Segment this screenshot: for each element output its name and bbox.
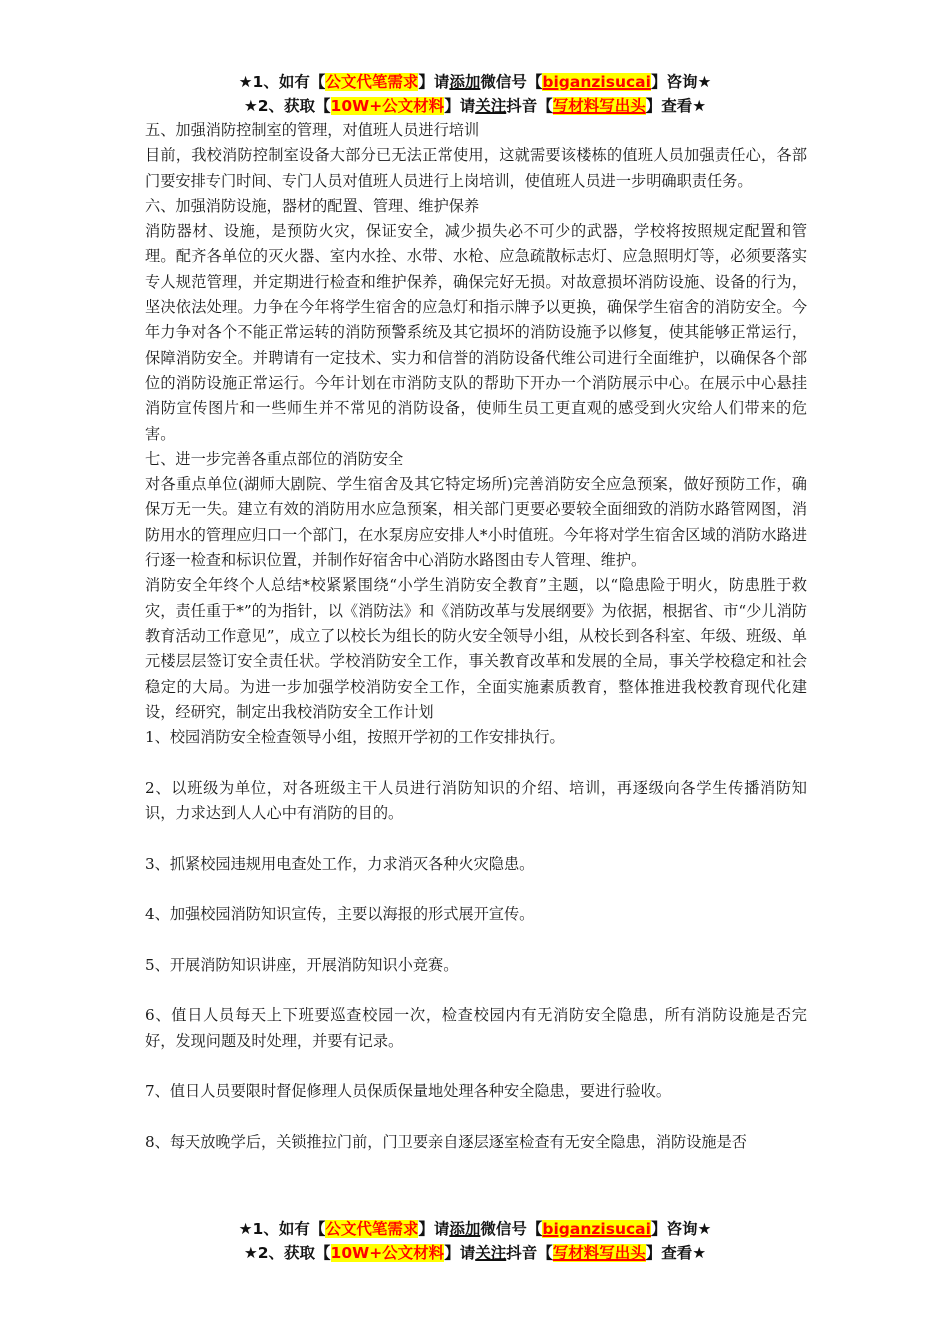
list-item: 3、抓紧校园违规用电查处工作，力求消灭各种火灾隐患。 <box>145 852 807 877</box>
promo-text: 】咨询★ <box>651 1220 711 1238</box>
promo-text: ★2、获取【 <box>244 97 331 115</box>
promo-douyin-name: 写材料写出头 <box>553 97 646 115</box>
promo-wechat-id: biganzisucai <box>542 1220 651 1238</box>
promo-underlined: 添加 <box>449 1220 480 1238</box>
paragraph: 消防器材、设施，是预防火灾，保证安全，减少损失必不可少的武器，学校将按照规定配置… <box>145 219 807 447</box>
promo-douyin-name: 写材料写出头 <box>553 1244 646 1262</box>
paragraph: 消防安全年终个人总结*校紧紧围绕“小学生消防安全教育”主题，以“隐患险于明火，防… <box>145 573 807 725</box>
promo-underlined: 关注 <box>475 97 506 115</box>
promo-line-2: ★2、获取【10W+公文材料】请关注抖音【写材料写出头】查看★ <box>0 94 950 118</box>
promo-text: 】请 <box>418 1220 449 1238</box>
promo-text: 微信号【 <box>480 1220 542 1238</box>
promo-text: 】查看★ <box>646 1244 706 1262</box>
promo-text: ★2、获取【 <box>244 1244 331 1262</box>
promo-highlight: 公文代笔需求 <box>325 73 418 91</box>
promo-line-1: ★1、如有【公文代笔需求】请添加微信号【biganzisucai】咨询★ <box>0 1217 950 1241</box>
promo-text: 抖音【 <box>506 1244 553 1262</box>
section-heading: 五、加强消防控制室的管理，对值班人员进行培训 <box>145 118 807 143</box>
list-item: 6、值日人员每天上下班要巡查校园一次，检查校园内有无消防安全隐患，所有消防设施是… <box>145 1003 807 1054</box>
paragraph: 目前，我校消防控制室设备大部分已无法正常使用，这就需要该楼栋的值班人员加强责任心… <box>145 143 807 194</box>
promo-text: 抖音【 <box>506 97 553 115</box>
promo-text: 】请 <box>444 97 475 115</box>
promo-text: 微信号【 <box>480 73 542 91</box>
promo-text: 】请 <box>444 1244 475 1262</box>
promo-text: ★1、如有【 <box>239 73 326 91</box>
list-item: 2、以班级为单位，对各班级主干人员进行消防知识的介绍、培训，再逐级向各学生传播消… <box>145 776 807 827</box>
promo-line-1: ★1、如有【公文代笔需求】请添加微信号【biganzisucai】咨询★ <box>0 70 950 94</box>
list-item: 1、校园消防安全检查领导小组，按照开学初的工作安排执行。 <box>145 725 807 750</box>
promo-underlined: 添加 <box>449 73 480 91</box>
promo-banner-bottom: ★1、如有【公文代笔需求】请添加微信号【biganzisucai】咨询★ ★2、… <box>0 1217 950 1265</box>
list-item: 7、值日人员要限时督促修理人员保质保量地处理各种安全隐患，要进行验收。 <box>145 1079 807 1104</box>
list-item: 4、加强校园消防知识宣传，主要以海报的形式展开宣传。 <box>145 902 807 927</box>
section-heading: 七、进一步完善各重点部位的消防安全 <box>145 447 807 472</box>
promo-highlight: 公文代笔需求 <box>325 1220 418 1238</box>
document-body: 五、加强消防控制室的管理，对值班人员进行培训 目前，我校消防控制室设备大部分已无… <box>145 118 807 1155</box>
list-item: 8、每天放晚学后，关锁推拉门前，门卫要亲自逐层逐室检查有无安全隐患，消防设施是否 <box>145 1130 807 1155</box>
document-page: ★1、如有【公文代笔需求】请添加微信号【biganzisucai】咨询★ ★2、… <box>0 0 950 1344</box>
promo-highlight: 10W+公文材料 <box>331 1244 445 1262</box>
promo-text: 】咨询★ <box>651 73 711 91</box>
promo-highlight: 10W+公文材料 <box>331 97 445 115</box>
paragraph: 对各重点单位(湖师大剧院、学生宿舍及其它特定场所)完善消防安全应急预案，做好预防… <box>145 472 807 573</box>
section-heading: 六、加强消防设施，器材的配置、管理、维护保养 <box>145 194 807 219</box>
list-item: 5、开展消防知识讲座，开展消防知识小竞赛。 <box>145 953 807 978</box>
promo-text: ★1、如有【 <box>239 1220 326 1238</box>
promo-line-2: ★2、获取【10W+公文材料】请关注抖音【写材料写出头】查看★ <box>0 1241 950 1265</box>
promo-text: 】请 <box>418 73 449 91</box>
promo-banner-top: ★1、如有【公文代笔需求】请添加微信号【biganzisucai】咨询★ ★2、… <box>0 70 950 118</box>
promo-text: 】查看★ <box>646 97 706 115</box>
promo-wechat-id: biganzisucai <box>542 73 651 91</box>
promo-underlined: 关注 <box>475 1244 506 1262</box>
